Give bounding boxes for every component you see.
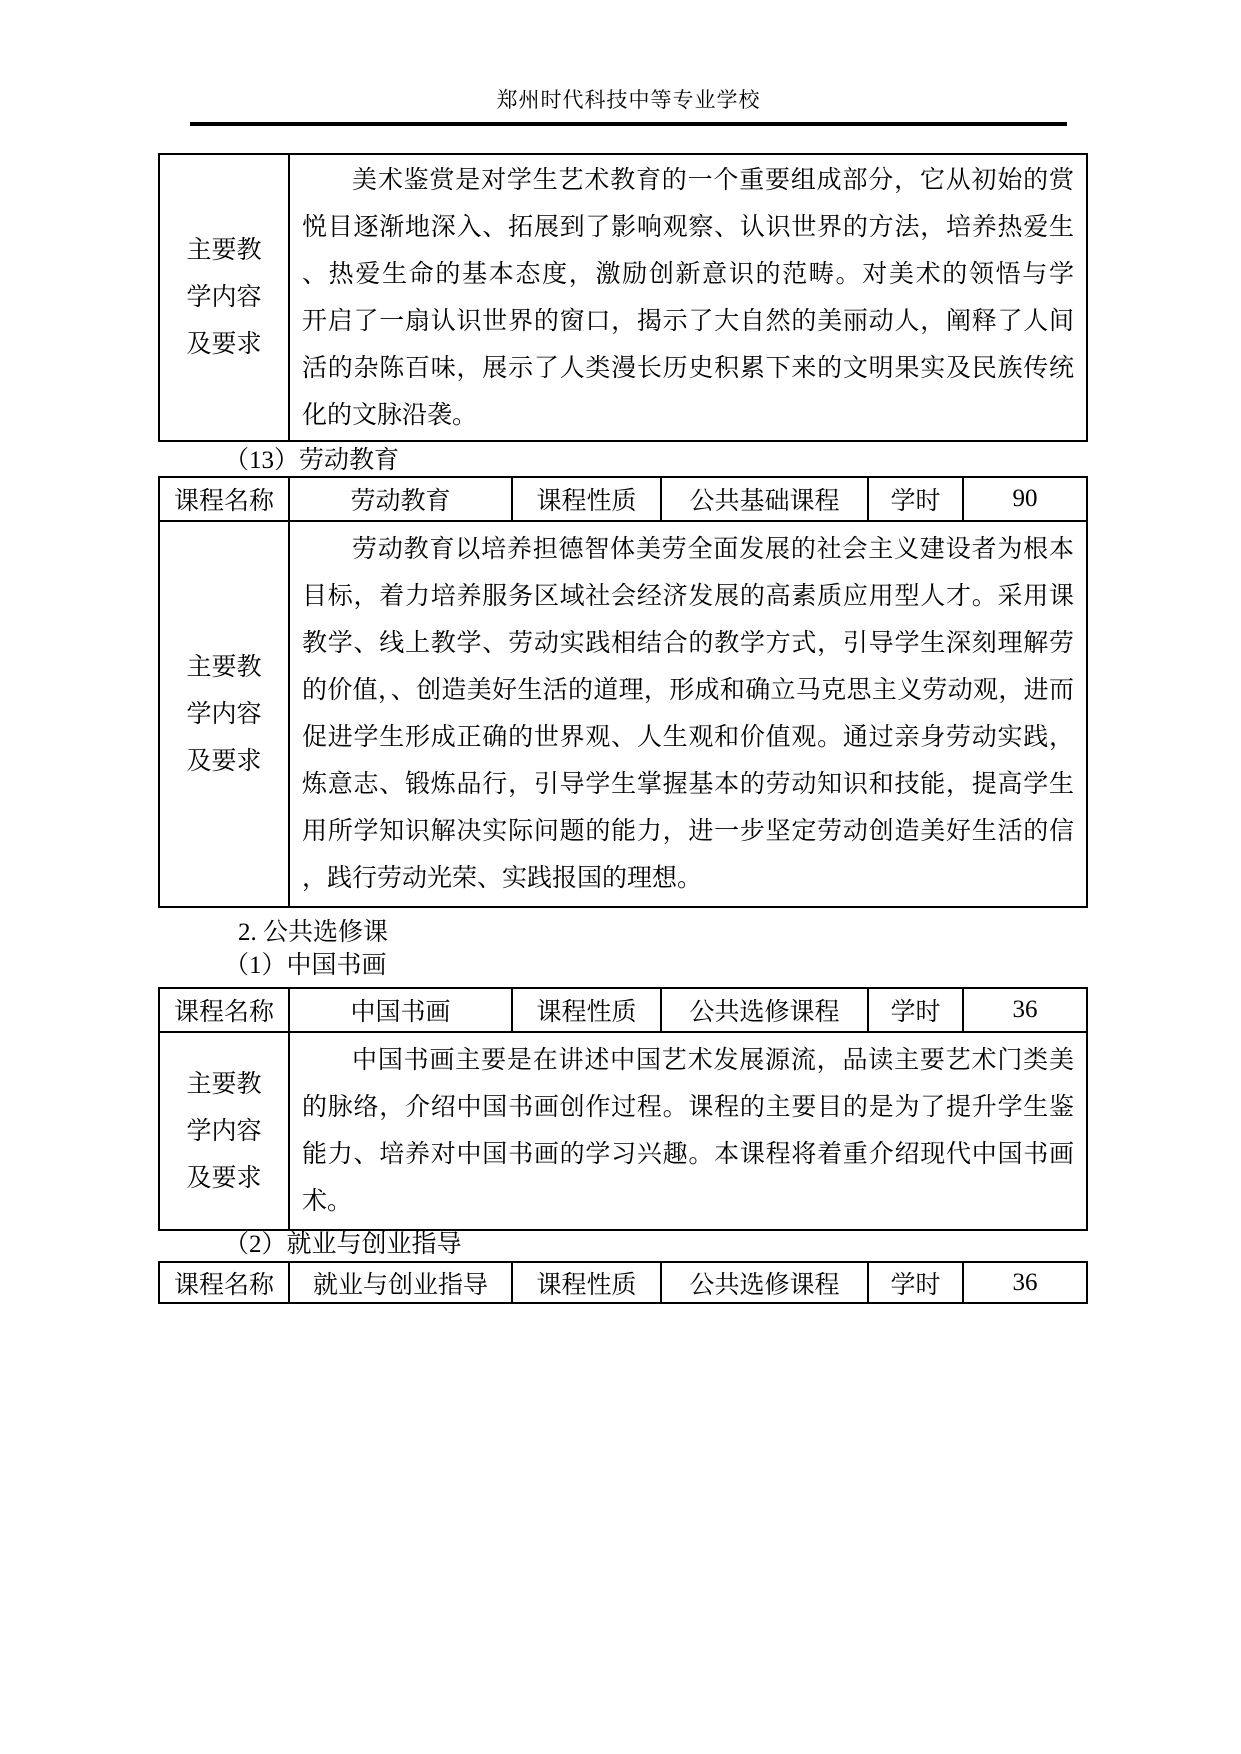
course-name-value: 劳动教育 (289, 477, 512, 521)
label-line: 学内容 (160, 691, 288, 738)
career-course-table: 课程名称 就业与创业指导 课程性质 公共选修课程 学时 36 (158, 1261, 1088, 1304)
description-line: 能力、培养对中国书画的学习兴趣。本课程将着重介绍现代中国书画艺 (302, 1131, 1074, 1178)
label-line: 及要求 (160, 1155, 288, 1202)
description-line: ，践行劳动光荣、实践报国的理想。 (302, 855, 1074, 902)
hours-value: 90 (963, 477, 1087, 521)
labor-course-description: 劳动教育以培养担德智体美劳全面发展的社会主义建设者为根本 目标，着力培养服务区域… (289, 521, 1087, 907)
page-header: 郑州时代科技中等专业学校 (190, 84, 1067, 126)
description-line: 教学、线上教学、劳动实践相结合的教学方式，引导学生深刻理解劳动 (302, 620, 1074, 667)
description-line: 的价值，、创造美好生活的道理，形成和确立马克思主义劳动观，进而 (302, 667, 1074, 714)
description-line: 中国书画主要是在讲述中国艺术发展源流，品读主要艺术门类美学 (302, 1037, 1074, 1084)
course-type-value: 公共选修课程 (661, 988, 868, 1032)
art-content-table: 主要教 学内容 及要求 美术鉴赏是对学生艺术教育的一个重要组成部分，它从初始的赏… (158, 153, 1088, 442)
description-line: 美术鉴赏是对学生艺术教育的一个重要组成部分，它从初始的赏心 (302, 157, 1074, 204)
heading-public-electives: 2. 公共选修课 (238, 920, 388, 946)
description-line: 用所学知识解决实际问题的能力，进一步坚定劳动创造美好生活的信念 (302, 808, 1074, 855)
hours-value: 36 (963, 988, 1087, 1032)
table-row: 主要教 学内容 及要求 劳动教育以培养担德智体美劳全面发展的社会主义建设者为根本… (159, 521, 1087, 907)
course-type-value: 公共基础课程 (661, 477, 868, 521)
course-info-row: 课程名称 劳动教育 课程性质 公共基础课程 学时 90 (159, 477, 1087, 521)
description-line: 开启了一扇认识世界的窗口，揭示了大自然的美丽动人，阐释了人间生 (302, 298, 1074, 345)
description-line: 悦目逐渐地深入、拓展到了影响观察、认识世界的方法，培养热爱生活 (302, 204, 1074, 251)
label-line: 主要教 (160, 227, 288, 274)
content-requirements-label: 主要教 学内容 及要求 (159, 154, 289, 441)
description-line: 目标，着力培养服务区域社会经济发展的高素质应用型人才。采用课堂 (302, 573, 1074, 620)
course-name-value: 就业与创业指导 (289, 1262, 512, 1303)
content-requirements-label: 主要教 学内容 及要求 (159, 521, 289, 907)
description-line: 活的杂陈百味，展示了人类漫长历史积累下来的文明果实及民族传统文 (302, 345, 1074, 392)
description-line: 劳动教育以培养担德智体美劳全面发展的社会主义建设者为根本 (302, 526, 1074, 573)
label-line: 主要教 (160, 1061, 288, 1108)
heading-labor-education: （13）劳动教育 (224, 448, 399, 474)
table-row: 主要教 学内容 及要求 中国书画主要是在讲述中国艺术发展源流，品读主要艺术门类美… (159, 1032, 1087, 1230)
heading-chinese-painting: （1）中国书画 (224, 953, 387, 979)
label-line: 及要求 (160, 321, 288, 368)
course-name-value: 中国书画 (289, 988, 512, 1032)
document-page: 郑州时代科技中等专业学校 主要教 学内容 及要求 美术鉴赏是对学生艺术教育的一个… (0, 0, 1241, 1754)
description-line: 化的文脉沿袭。 (302, 392, 1074, 439)
course-type-label: 课程性质 (512, 1262, 661, 1303)
labor-course-table: 课程名称 劳动教育 课程性质 公共基础课程 学时 90 主要教 学内容 及要求 … (158, 476, 1088, 908)
course-type-label: 课程性质 (512, 477, 661, 521)
label-line: 学内容 (160, 1108, 288, 1155)
hours-value: 36 (963, 1262, 1087, 1303)
label-line: 学内容 (160, 274, 288, 321)
course-type-label: 课程性质 (512, 988, 661, 1032)
label-line: 主要教 (160, 644, 288, 691)
hours-label: 学时 (868, 1262, 963, 1303)
hours-label: 学时 (868, 477, 963, 521)
description-line: 炼意志、锻炼品行，引导学生掌握基本的劳动知识和技能，提高学生运 (302, 761, 1074, 808)
label-line: 及要求 (160, 738, 288, 785)
course-name-label: 课程名称 (159, 477, 289, 521)
heading-career-guidance: （2）就业与创业指导 (224, 1232, 462, 1258)
course-name-label: 课程名称 (159, 1262, 289, 1303)
description-line: 的脉络，介绍中国书画创作过程。课程的主要目的是为了提升学生鉴赏 (302, 1084, 1074, 1131)
course-info-row: 课程名称 中国书画 课程性质 公共选修课程 学时 36 (159, 988, 1087, 1032)
course-info-row: 课程名称 就业与创业指导 课程性质 公共选修课程 学时 36 (159, 1262, 1087, 1303)
description-line: 、热爱生命的基本态度，激励创新意识的范畴。对美术的领悟与学习， (302, 251, 1074, 298)
school-name: 郑州时代科技中等专业学校 (497, 88, 761, 112)
course-name-label: 课程名称 (159, 988, 289, 1032)
table-row: 主要教 学内容 及要求 美术鉴赏是对学生艺术教育的一个重要组成部分，它从初始的赏… (159, 154, 1087, 441)
description-line: 术。 (302, 1178, 1074, 1225)
description-line: 促进学生形成正确的世界观、人生观和价值观。通过亲身劳动实践，磨 (302, 714, 1074, 761)
painting-course-table: 课程名称 中国书画 课程性质 公共选修课程 学时 36 主要教 学内容 及要求 … (158, 987, 1088, 1231)
hours-label: 学时 (868, 988, 963, 1032)
course-type-value: 公共选修课程 (661, 1262, 868, 1303)
art-course-description: 美术鉴赏是对学生艺术教育的一个重要组成部分，它从初始的赏心 悦目逐渐地深入、拓展… (289, 154, 1087, 441)
content-requirements-label: 主要教 学内容 及要求 (159, 1032, 289, 1230)
painting-course-description: 中国书画主要是在讲述中国艺术发展源流，品读主要艺术门类美学 的脉络，介绍中国书画… (289, 1032, 1087, 1230)
